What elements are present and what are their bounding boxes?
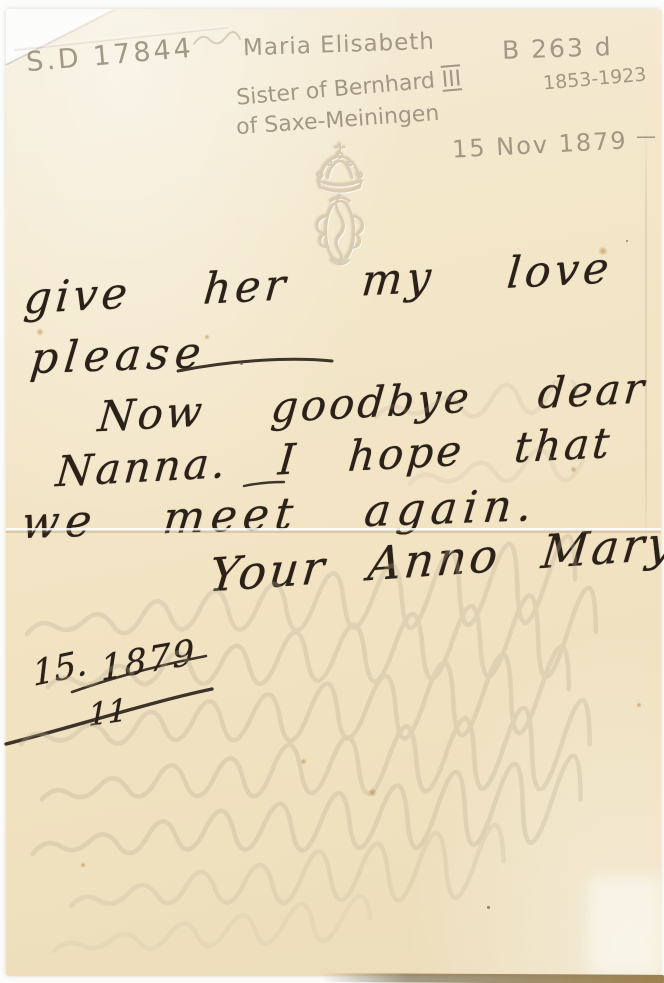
date-month: 11: [88, 695, 127, 732]
foxing-spot: [368, 788, 377, 797]
letter-line-2: please: [28, 332, 208, 381]
scan-edge-shadow: [322, 973, 664, 983]
paper-speck: [626, 240, 628, 242]
foxing-spot: [300, 758, 307, 765]
foxing-spot: [36, 328, 44, 336]
foxing-spot: [570, 466, 577, 473]
foxing-spot: [204, 334, 210, 340]
paper-speck: [240, 362, 243, 365]
vertical-crease: [645, 126, 647, 546]
embossed-crown-monogram-icon: [293, 141, 387, 273]
fold-crease: [6, 528, 661, 533]
foxing-spot: [80, 862, 86, 868]
foxing-spot: [598, 246, 608, 256]
foxing-spot: [636, 702, 642, 708]
relation-numeral: III: [441, 66, 463, 93]
scanned-letter-page: S.D 17844 Maria Elisabeth B 263 d 1853-1…: [0, 0, 664, 983]
scan-light-patch: [588, 876, 664, 976]
reference-code: B 263 d: [502, 34, 613, 63]
paper-speck: [487, 906, 490, 909]
